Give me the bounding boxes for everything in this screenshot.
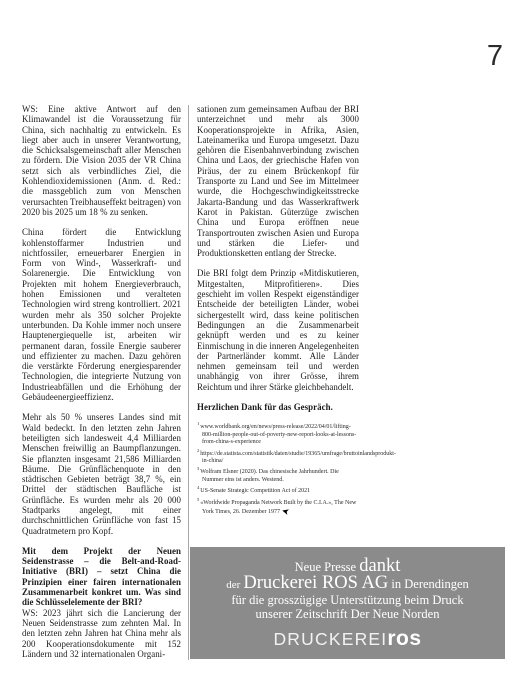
- footnote: 1www.worldbank.org/en/news/press-release…: [197, 420, 359, 446]
- left-text-column: WS: Eine aktive Antwort auf den Klimawan…: [22, 104, 181, 659]
- ad-line2-tail: in Derendingen: [391, 577, 468, 591]
- footnote-number: 4: [197, 485, 199, 490]
- interview-answer: WS: 2023 jährt sich die Lancierung der N…: [22, 608, 181, 659]
- page-number: 7: [487, 41, 503, 71]
- end-of-article-arrow-icon: ➤: [281, 508, 285, 514]
- footnote-number: 2: [197, 448, 199, 453]
- paragraph: WS: Eine aktive Antwort auf den Klimawan…: [22, 104, 181, 217]
- ad-line-3: für die grosszügige Unterstützung beim D…: [190, 594, 505, 608]
- footnotes-block: 1www.worldbank.org/en/news/press-release…: [197, 420, 359, 516]
- druckerei-ros-logo: DRUCKEREIros: [190, 628, 505, 652]
- footnote-text: «Worldwide Propaganda Network Built by t…: [200, 500, 356, 515]
- footnote-text: Wolfram Elsner (2020). Das chinesische J…: [200, 469, 338, 482]
- footnote: 3Wolfram Elsner (2020). Das chinesische …: [197, 465, 359, 484]
- footnote-text: US-Senate Strategic Competition Act of 2…: [200, 488, 310, 494]
- footnote: 4US-Senate Strategic Competition Act of …: [197, 484, 359, 495]
- ad-line2-large: Druckerei ROS AG: [243, 573, 388, 593]
- right-text-column: sationen zum gemeinsamen Aufbau der BRI …: [197, 104, 359, 516]
- footnote-number: 5: [197, 497, 199, 502]
- logo-text-light: DRUCKEREI: [273, 629, 387, 649]
- paragraph: sationen zum gemeinsamen Aufbau der BRI …: [197, 104, 359, 258]
- footnote-number: 1: [197, 421, 199, 426]
- footnote: 5«Worldwide Propaganda Network Built by …: [197, 496, 359, 517]
- paragraph: China fördert die Entwicklung kohlenstof…: [22, 227, 181, 402]
- footnote-text: https://de.statista.com/statistik/daten/…: [200, 451, 396, 464]
- ad-line-4: unserer Zeitschrift Der Neue Norden: [190, 608, 505, 622]
- paragraph: Mehr als 50 % unseres Landes sind mit Wa…: [22, 412, 181, 536]
- column-divider: [188, 105, 189, 660]
- interview-question: Mit dem Projekt der Neuen Seidenstrasse …: [22, 546, 181, 608]
- ad-line1-small: Neue Presse: [295, 560, 356, 574]
- magazine-page: 7 WS: Eine aktive Antwort auf den Klimaw…: [0, 0, 529, 700]
- closing-thanks-line: Herzlichen Dank für das Gespräch.: [197, 402, 359, 412]
- ad-line-2: der Druckerei ROS AG in Derendingen: [190, 575, 505, 594]
- footnote-number: 3: [197, 466, 199, 471]
- logo-text-bold: ros: [387, 627, 421, 650]
- footnote-text: www.worldbank.org/en/news/press-release/…: [200, 424, 356, 445]
- paragraph: Die BRI folgt dem Prinzip «Mitdiskutiere…: [197, 268, 359, 392]
- footnote: 2https://de.statista.com/statistik/daten…: [197, 447, 359, 466]
- printer-thank-you-ad: Neue Presse dankt der Druckerei ROS AG i…: [190, 547, 505, 659]
- ad-line2-small: der: [226, 579, 240, 591]
